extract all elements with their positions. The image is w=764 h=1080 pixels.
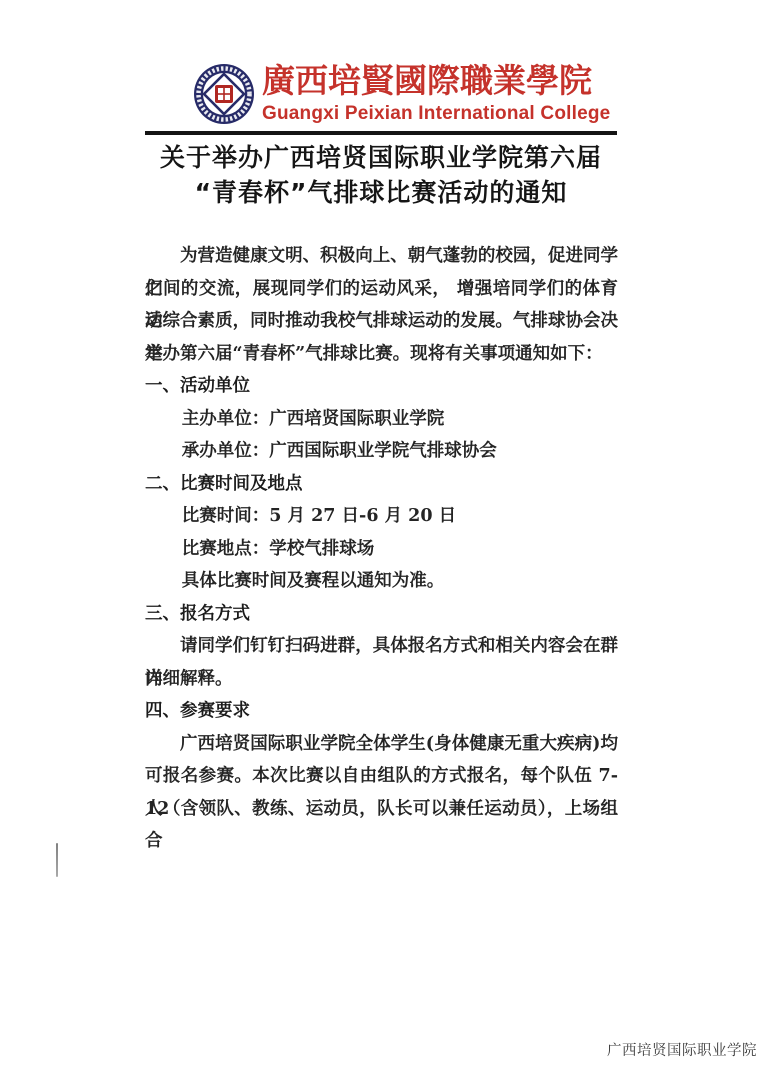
college-name-zh: 廣西培賢國際職業學院 xyxy=(262,60,622,102)
section-heading-1: 一、活动单位 xyxy=(145,370,618,403)
header-rule xyxy=(145,131,617,135)
section-line: 主办单位：广西培贤国际职业学院 xyxy=(145,403,618,436)
section-line: 比赛时间：5 月 27 日-6 月 20 日 xyxy=(145,500,618,533)
footer-watermark: 广西培贤国际职业学院 xyxy=(607,1039,757,1060)
section-heading-3: 三、报名方式 xyxy=(145,598,618,631)
section-line: 承办单位：广西国际职业学院气排球协会 xyxy=(145,435,618,468)
section-line: 具体比赛时间及赛程以通知为准。 xyxy=(145,565,618,598)
intro-line: 动综合素质，同时推动我校气排球运动的发展。气排球协会决定 xyxy=(145,305,618,338)
section-line: 广西培贤国际职业学院全体学生(身体健康无重大疾病)均 xyxy=(145,728,618,761)
section-line: 人（含领队、教练、运动员，队长可以兼任运动员），上场组合 xyxy=(145,793,618,826)
notice-title-line2: “青春杯”气排球比赛活动的通知 xyxy=(145,175,617,210)
section-line: 详细解释。 xyxy=(145,663,618,696)
header-college-names: 廣西培賢國際職業學院 Guangxi Peixian International… xyxy=(262,60,622,125)
section-line: 比赛地点：学校气排球场 xyxy=(145,533,618,566)
section-heading-2: 二、比赛时间及地点 xyxy=(145,468,618,501)
notice-title-line1: 关于举办广西培贤国际职业学院第六届 xyxy=(145,140,617,175)
intro-line: 为营造健康文明、积极向上、朝气蓬勃的校园，促进同学们 xyxy=(145,240,618,273)
notice-body: 为营造健康文明、积极向上、朝气蓬勃的校园，促进同学们 之间的交流，展现同学们的运… xyxy=(145,240,618,825)
scanned-notice-page: 廣西培賢國際職業學院 Guangxi Peixian International… xyxy=(0,0,764,1080)
intro-line: 之间的交流，展现同学们的运动风采， 增强培同学们的体育运 xyxy=(145,273,618,306)
scan-artifact xyxy=(56,843,58,877)
college-seal-icon xyxy=(192,62,256,126)
notice-title: 关于举办广西培贤国际职业学院第六届 “青春杯”气排球比赛活动的通知 xyxy=(145,140,617,210)
intro-line: 举办第六届“青春杯”气排球比赛。现将有关事项通知如下： xyxy=(145,338,618,371)
college-name-en: Guangxi Peixian International College xyxy=(262,102,622,125)
section-line: 可报名参赛。本次比赛以自由组队的方式报名，每个队伍 7-12 xyxy=(145,760,618,793)
section-heading-4: 四、参赛要求 xyxy=(145,695,618,728)
section-line: 请同学们钉钉扫码进群，具体报名方式和相关内容会在群内 xyxy=(145,630,618,663)
